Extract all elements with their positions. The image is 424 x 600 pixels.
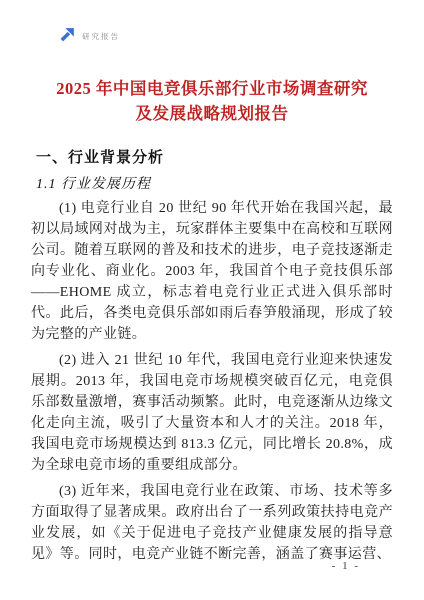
paragraph-3: (3) 近年来，我国电竞行业在政策、市场、技术等多方面取得了显著成果。政府出台了… (31, 481, 393, 565)
section-heading: 一、行业背景分析 (36, 146, 392, 167)
body-text: (1) 电竞行业自 20 世纪 90 年代开始在我国兴起，最初以局域网对战为主，… (31, 198, 393, 565)
report-title-line2: 及发展战略规划报告 (136, 104, 289, 123)
report-title-line1: 2025 年中国电竞俱乐部行业市场调查研究 (56, 79, 368, 98)
paragraph-2: (2) 进入 21 世纪 10 年代，我国电竞行业迎来快速发展期。2013 年，… (31, 350, 393, 476)
sub-heading: 1.1 行业发展历程 (36, 173, 392, 193)
logo-label: 研究报告 (82, 28, 120, 42)
document-page: 研究报告 2025 年中国电竞俱乐部行业市场调查研究 及发展战略规划报告 一、行… (0, 0, 424, 600)
report-title: 2025 年中国电竞俱乐部行业市场调查研究 及发展战略规划报告 (34, 76, 390, 126)
report-logo: 研究报告 (59, 26, 120, 43)
page-number: - 1 - (332, 560, 360, 572)
paragraph-1: (1) 电竞行业自 20 世纪 90 年代开始在我国兴起，最初以局域网对战为主，… (31, 198, 393, 345)
arrow-up-right-icon (59, 26, 76, 43)
